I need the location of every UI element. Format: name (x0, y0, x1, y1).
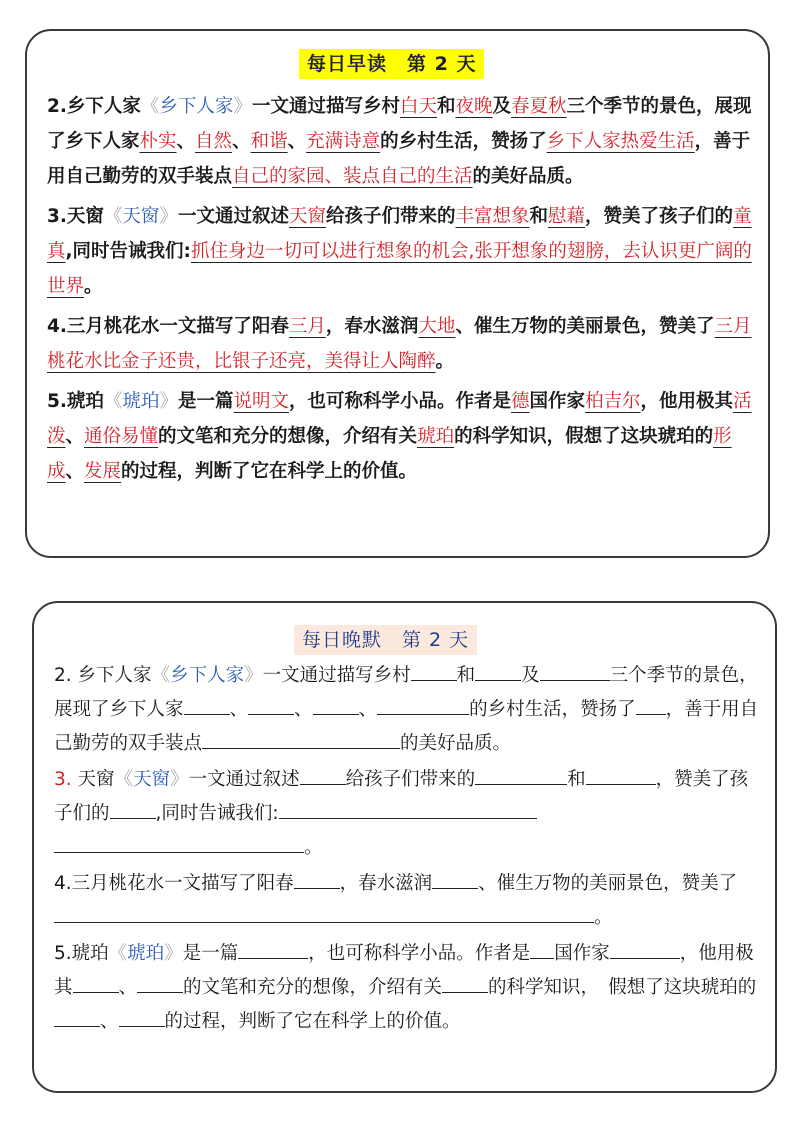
fill-blank[interactable] (73, 974, 119, 993)
body-text: 5.琥珀 (54, 943, 109, 964)
body-text: 一文通过描写乡村 (252, 96, 400, 117)
body-text: 2.乡下人家 (47, 96, 141, 117)
fill-blank[interactable] (119, 1008, 165, 1027)
fill-blank[interactable] (184, 696, 230, 715)
book-bracket: 》 (233, 96, 252, 117)
item-5: 5.琥珀《琥珀》是一篇，也可称科学小品。作者是国作家，他用极其、的文笔和充分的想… (54, 937, 761, 1039)
answer-text: 白天 (400, 96, 437, 117)
fill-blank[interactable] (54, 834, 304, 853)
item-2: 2. 乡下人家《乡下人家》一文通过描写乡村和及三个季节的景色，展现了乡下人家、、… (54, 659, 761, 761)
fill-blank[interactable] (411, 662, 457, 681)
body-text: 、 (232, 131, 251, 152)
answer-text: 说明文 (233, 391, 289, 412)
body-text: 的科学知识， 假想了这块琥珀的 (488, 977, 756, 998)
fill-blank[interactable] (586, 766, 656, 785)
answer-text: 大地 (418, 316, 455, 337)
fill-blank[interactable] (294, 870, 340, 889)
body-text: 和 (530, 206, 549, 227)
book-bracket: 《 (115, 769, 134, 790)
answer-text: 朴实 (140, 131, 177, 152)
body-text: ，他用极其 (641, 391, 734, 412)
morning-body: 2.乡下人家《乡下人家》一文通过描写乡村白天和夜晚及春夏秋三个季节的景色，展现了… (47, 89, 754, 494)
body-text: 和 (437, 96, 456, 117)
morning-reading-card: 每日早读 第 2 天 2.乡下人家《乡下人家》一文通过描写乡村白天和夜晚及春夏秋… (25, 29, 770, 558)
body-text: 2. 乡下人家 (54, 665, 152, 686)
body-text: 的乡村生活，赞扬了 (469, 699, 636, 720)
answer-text: 琥珀 (417, 426, 454, 447)
fill-blank[interactable] (137, 974, 183, 993)
answer-text: 三月 (289, 316, 326, 337)
answer-text: 慰藉 (548, 206, 585, 227)
evening-dictation-card: 每日晚默 第 2 天 2. 乡下人家《乡下人家》一文通过描写乡村和及三个季节的景… (32, 601, 777, 1093)
fill-blank[interactable] (248, 696, 294, 715)
body-text: 给孩子们带来的 (346, 769, 476, 790)
body-text: 的过程，判断了它在科学上的价值。 (121, 461, 417, 482)
fill-blank[interactable] (54, 904, 594, 923)
fill-blank[interactable] (377, 696, 469, 715)
lesson-title: 乡下人家 (159, 96, 233, 117)
book-bracket: 》 (164, 943, 183, 964)
book-bracket: 《 (152, 665, 171, 686)
body-text: 。 (594, 907, 613, 928)
fill-blank[interactable] (313, 696, 359, 715)
lesson-title: 乡下人家 (170, 665, 244, 686)
body-text: 的美好品质。 (473, 166, 584, 187)
body-text: 的乡村生活，赞扬了 (380, 131, 547, 152)
item-4: 4.三月桃花水一文描写了阳春，春水滋润、催生万物的美丽景色，赞美了。 (54, 867, 761, 935)
fill-blank[interactable] (636, 696, 666, 715)
body-text: 。 (436, 351, 455, 372)
lesson-title: 琥珀 (127, 943, 164, 964)
body-text: 5.琥珀 (47, 391, 104, 412)
fill-blank[interactable] (110, 800, 156, 819)
body-text: 。 (84, 276, 103, 297)
body-text: ,同时告诫我们: (66, 241, 191, 262)
fill-blank[interactable] (238, 940, 308, 959)
body-text: 的文笔和充分的想像，介绍有关 (183, 977, 442, 998)
answer-text: 柏吉尔 (585, 391, 641, 412)
body-text: 天窗 (72, 769, 115, 790)
body-text: 、催生万物的美丽景色，赞美了 (478, 873, 737, 894)
item-3: 3.天窗《天窗》一文通过叙述天窗给孩子们带来的丰富想象和慰藉，赞美了孩子们的童真… (47, 199, 754, 304)
body-text: 、催生万物的美丽景色，赞美了 (455, 316, 714, 337)
fill-blank[interactable] (540, 662, 610, 681)
body-text: 给孩子们带来的 (326, 206, 456, 227)
body-text: ，春水滋润 (326, 316, 419, 337)
body-text: 的科学知识，假想了这块琥珀的 (454, 426, 713, 447)
body-text: 和 (457, 665, 476, 686)
book-bracket: 》 (159, 206, 178, 227)
body-text: 、 (100, 1011, 119, 1032)
body-text: 4.三月桃花水一文描写了阳春 (54, 873, 294, 894)
answer-text: 发展 (84, 461, 121, 482)
item-4: 4.三月桃花水一文描写了阳春三月，春水滋润大地、催生万物的美丽景色，赞美了三月桃… (47, 309, 754, 379)
fill-blank[interactable] (475, 766, 567, 785)
item-number: 3. (54, 769, 72, 790)
body-text: 和 (567, 769, 586, 790)
body-text: 国作家 (530, 391, 586, 412)
body-text: 4.三月桃花水一文描写了阳春 (47, 316, 289, 337)
body-text: 一文通过描写乡村 (263, 665, 411, 686)
answer-text: 天窗 (289, 206, 326, 227)
body-text: 、 (177, 131, 196, 152)
fill-blank[interactable] (432, 870, 478, 889)
book-bracket: 《 (109, 943, 128, 964)
fill-blank[interactable] (279, 800, 537, 819)
body-text: 是一篇 (178, 391, 234, 412)
body-text: 、 (66, 426, 85, 447)
fill-blank[interactable] (54, 1008, 100, 1027)
body-text: 、 (119, 977, 138, 998)
fill-blank[interactable] (475, 662, 521, 681)
body-text: 一文通过叙述 (189, 769, 300, 790)
fill-blank[interactable] (442, 974, 488, 993)
fill-blank[interactable] (530, 940, 554, 959)
book-bracket: 《 (141, 96, 160, 117)
body-text: 3.天窗 (47, 206, 104, 227)
item-2: 2.乡下人家《乡下人家》一文通过描写乡村白天和夜晚及春夏秋三个季节的景色，展现了… (47, 89, 754, 194)
fill-blank[interactable] (300, 766, 346, 785)
evening-body: 2. 乡下人家《乡下人家》一文通过描写乡村和及三个季节的景色，展现了乡下人家、、… (54, 659, 761, 1041)
lesson-title: 天窗 (122, 206, 159, 227)
body-text: 、 (66, 461, 85, 482)
item-5: 5.琥珀《琥珀》是一篇说明文，也可称科学小品。作者是德国作家柏吉尔，他用极其活泼… (47, 384, 754, 489)
body-text: 的过程，判断了它在科学上的价值。 (165, 1011, 461, 1032)
body-text: 、 (359, 699, 378, 720)
answer-text: 德 (511, 391, 530, 412)
body-text: 。 (304, 837, 323, 858)
body-text: 、 (294, 699, 313, 720)
body-text: 及 (521, 665, 540, 686)
body-text: ，赞美了孩子们的 (585, 206, 733, 227)
item-3: 3. 天窗《天窗》一文通过叙述给孩子们带来的和，赞美了孩子们的,同时告诫我们:。 (54, 763, 761, 865)
answer-text: 乡下人家热爱生活 (547, 131, 695, 152)
morning-title: 每日早读 第 2 天 (299, 49, 484, 79)
book-bracket: 》 (159, 391, 178, 412)
body-text: 及 (493, 96, 512, 117)
answer-text: 和谐 (251, 131, 288, 152)
book-bracket: 《 (104, 391, 123, 412)
fill-blank[interactable] (202, 730, 400, 749)
body-text: 国作家 (554, 943, 610, 964)
body-text: ，也可称科学小品。作者是 (308, 943, 530, 964)
answer-text: 夜晚 (456, 96, 493, 117)
answer-text: 自己的家园、装点自己的生活 (232, 166, 473, 187)
answer-text: 充满诗意 (306, 131, 380, 152)
evening-title: 每日晚默 第 2 天 (294, 625, 477, 655)
body-text: 是一篇 (183, 943, 239, 964)
book-bracket: 》 (244, 665, 263, 686)
book-bracket: 》 (170, 769, 189, 790)
answer-text: 春夏秋 (511, 96, 567, 117)
lesson-title: 天窗 (133, 769, 170, 790)
body-text: 、 (288, 131, 307, 152)
body-text: ，也可称科学小品。作者是 (289, 391, 511, 412)
fill-blank[interactable] (610, 940, 680, 959)
answer-text: 自然 (195, 131, 232, 152)
body-text: 一文通过叙述 (178, 206, 289, 227)
body-text: 的美好品质。 (400, 733, 511, 754)
body-text: ,同时告诫我们: (156, 803, 279, 824)
answer-text: 通俗易懂 (84, 426, 158, 447)
lesson-title: 琥珀 (122, 391, 159, 412)
body-text: 、 (230, 699, 249, 720)
answer-text: 丰富想象 (456, 206, 530, 227)
body-text: ，春水滋润 (340, 873, 433, 894)
book-bracket: 《 (104, 206, 123, 227)
body-text: 的文笔和充分的想像，介绍有关 (158, 426, 417, 447)
